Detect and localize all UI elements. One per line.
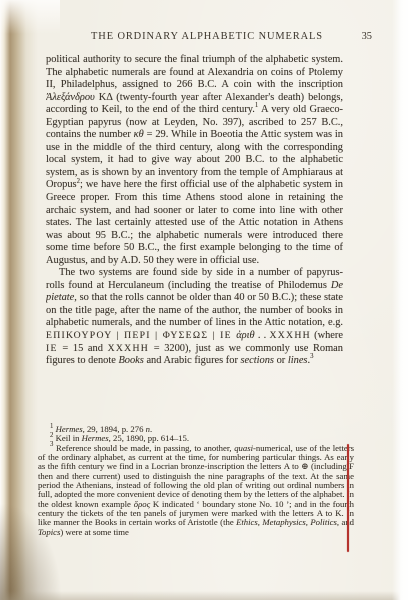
attic-numeral: XXXHH bbox=[108, 343, 149, 354]
emphasis: Books bbox=[118, 355, 143, 366]
work-title: Topics bbox=[38, 527, 60, 537]
emphasis: lines bbox=[288, 355, 308, 366]
paragraph-1: political authority to secure the final … bbox=[46, 54, 343, 267]
footnote-marker: 2 bbox=[50, 432, 53, 439]
greek-numeral: κθ bbox=[134, 129, 144, 140]
footnote-ref-3: 3 bbox=[310, 353, 313, 360]
text-run: ; we have here the first official use of… bbox=[46, 179, 343, 265]
page-header: THE ORDINARY ALPHABETIC NUMERALS 35 bbox=[46, 31, 368, 42]
text-run: and Arabic figures for bbox=[144, 355, 241, 366]
footnote-ref-2: 2 bbox=[77, 178, 80, 185]
text-run: = 15 and bbox=[58, 343, 108, 354]
text-run: or bbox=[274, 355, 288, 366]
footnote-marker: 3 bbox=[50, 441, 53, 448]
main-text-block: political authority to secure the final … bbox=[46, 54, 343, 426]
book-page-scan: THE ORDINARY ALPHABETIC NUMERALS 35 poli… bbox=[0, 0, 410, 600]
papyrus-title-inscription: ΕΠΙΚΟΥΡΟΥ | ΠΕΡΙ | ΦΥΣΕΩΣ | ΙΕ bbox=[46, 330, 236, 341]
attic-numeral: XXXHH bbox=[269, 330, 310, 341]
text-run: ) were at some time bbox=[60, 527, 129, 537]
page-right-edge bbox=[392, 0, 410, 600]
footnote-marker: 1 bbox=[50, 423, 53, 430]
greek-abbreviation: ἀριθ bbox=[236, 330, 254, 341]
footnotes-block: 1 Hermes, 29, 1894, p. 276 n. 2 Keil in … bbox=[38, 425, 354, 537]
page-corner-highlight bbox=[0, 0, 60, 34]
text-run: The two systems are found side by side i… bbox=[46, 267, 343, 291]
page-bottom-edge bbox=[0, 591, 410, 600]
footnote-3: 3 Reference should be made, in passing, … bbox=[38, 444, 354, 537]
text-run: (where bbox=[311, 330, 343, 341]
paragraph-2: The two systems are found side by side i… bbox=[46, 267, 343, 367]
work-title: Ethics bbox=[236, 517, 258, 527]
text-run: , and bbox=[337, 517, 354, 527]
running-title: THE ORDINARY ALPHABETIC NUMERALS bbox=[46, 31, 368, 42]
footnote-ref-1: 1 bbox=[255, 102, 258, 109]
emphasis: sections bbox=[241, 355, 274, 366]
greek-inscription: Ἀλεξάνδρου bbox=[46, 92, 95, 103]
page-number: 35 bbox=[362, 31, 372, 42]
work-title: Metaphysics bbox=[262, 517, 305, 527]
red-margin-mark bbox=[347, 444, 349, 552]
work-title: Politics bbox=[310, 517, 337, 527]
attic-numeral: IE bbox=[46, 343, 58, 354]
text-run: . . bbox=[255, 330, 270, 341]
text-run: political authority to secure the final … bbox=[46, 54, 343, 90]
page-gutter-shadow bbox=[0, 0, 38, 600]
text-run: , so that the rolls cannot be older than… bbox=[46, 292, 343, 328]
